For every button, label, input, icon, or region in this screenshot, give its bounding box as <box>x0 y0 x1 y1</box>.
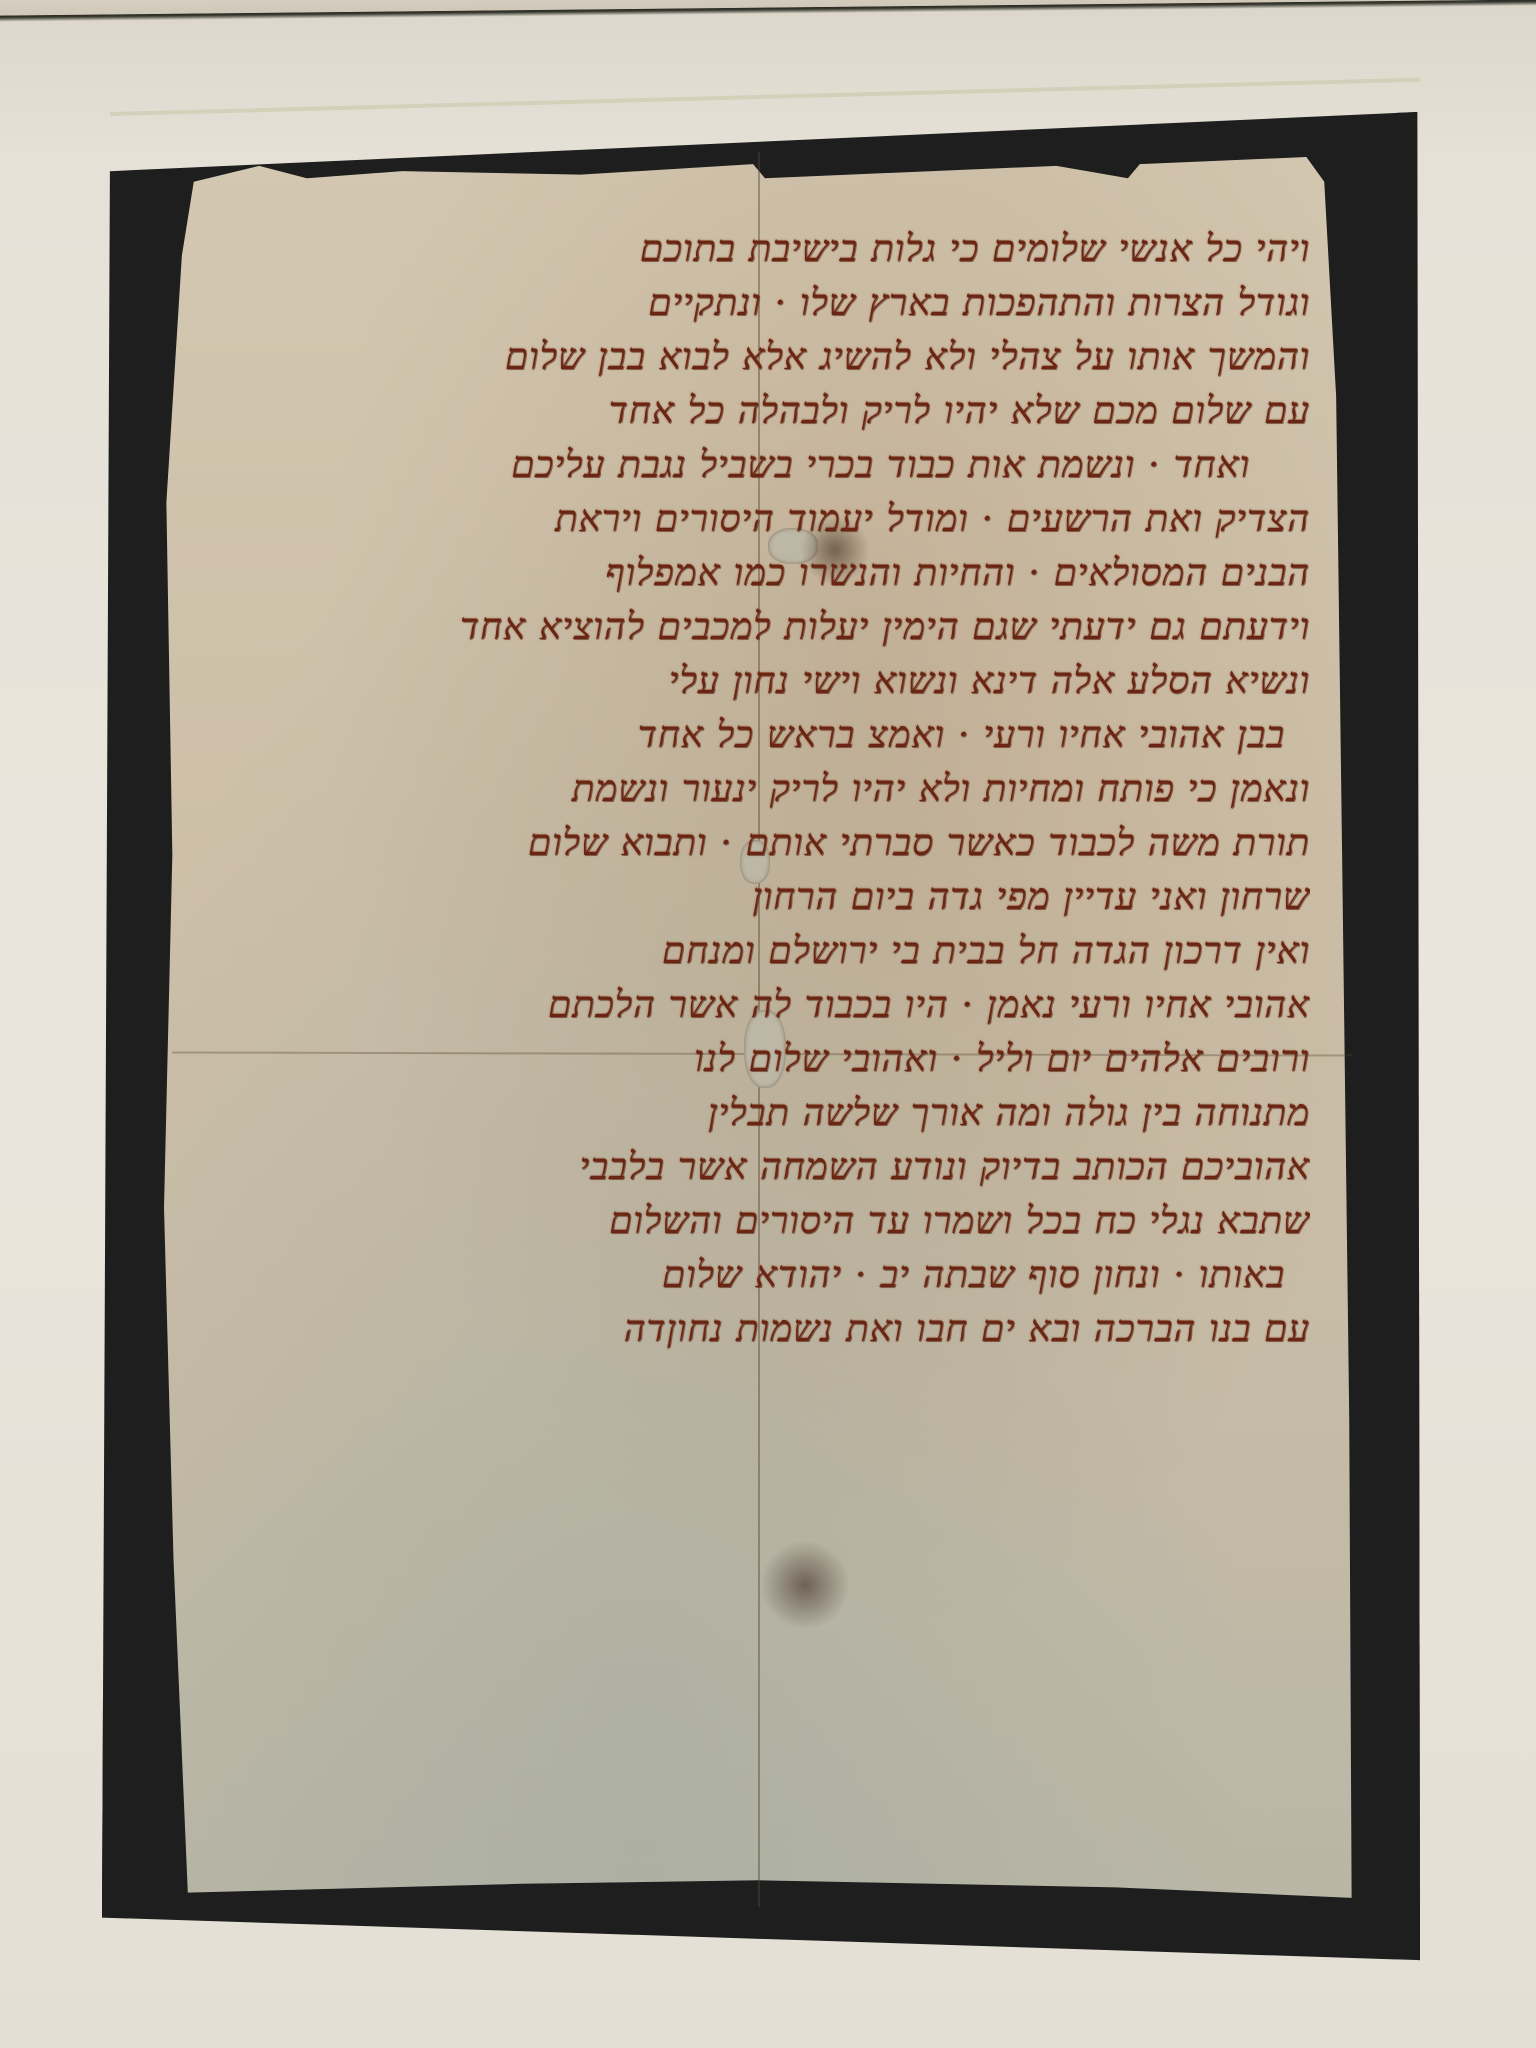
manuscript-line: וידעתם גם ידעתי שגם הימין יעלות למכבים ל… <box>195 600 1310 654</box>
manuscript-line: הבנים המסולאים · והחיות והנשרו כמו אמפלו… <box>195 546 1310 600</box>
manuscript-line: הצדיק ואת הרשעים · ומודל יעמוד היסורים ו… <box>195 492 1310 546</box>
manuscript-line: אהובי אחיו ורעי נאמן · היו בכבוד לה אשר … <box>195 978 1310 1032</box>
manuscript-line: ואחד · ונשמת אות כבוד בכרי בשביל נגבת על… <box>195 438 1310 492</box>
manuscript-line: אהוביכם הכותב בדיוק ונודע השמחה אשר בלבב… <box>195 1140 1310 1194</box>
handwritten-letter-text: ויהי כל אנשי שלומים כי גלות בישיבת בתוכם… <box>195 222 1310 1356</box>
manuscript-line: שתבא נגלי כח בכל ושמרו עד היסורים והשלום <box>195 1194 1310 1248</box>
manuscript-line: תורת משה לכבוד כאשר סברתי אותם · ותבוא ש… <box>195 816 1310 870</box>
manuscript-line: ואין דרכון הגדה חל בבית בי ירושלם ומנחם <box>195 924 1310 978</box>
manuscript-line: וגודל הצרות והתהפכות בארץ שלו · ונתקיים <box>195 276 1310 330</box>
manuscript-line: ויהי כל אנשי שלומים כי גלות בישיבת בתוכם <box>195 222 1310 276</box>
manuscript-line: בבן אהובי אחיו ורעי · ואמצ בראש כל אחד <box>195 708 1310 762</box>
shelf-edge <box>0 0 1536 22</box>
manuscript-line: ונאמן כי פותח ומחיות ולא יהיו לריק ינעור… <box>195 762 1310 816</box>
manuscript-line: באותו · ונחון סוף שבתה יב · יהודא שלום <box>195 1248 1310 1302</box>
manuscript-line: עם שלום מכם שלא יהיו לריק ולבהלה כל אחד <box>195 384 1310 438</box>
mount-edge <box>110 78 1420 116</box>
manuscript-line: והמשך אותו על צהלי ולא להשיג אלא לבוא בב… <box>195 330 1310 384</box>
manuscript-line: שרחון ואני עדיין מפי גדה ביום הרחון <box>195 870 1310 924</box>
ink-stain <box>760 1540 850 1630</box>
manuscript-line: עם בנו הברכה ובא ים חבו ואת נשמות נחוןדה <box>195 1302 1310 1356</box>
manuscript-line: ורובים אלהים יום וליל · ואהובי שלום לנו <box>195 1032 1310 1086</box>
manuscript-line: ונשיא הסלע אלה דינא ונשוא וישי נחון עלי <box>195 654 1310 708</box>
manuscript-line: מתנוחה בין גולה ומה אורך שלשה תבלין <box>195 1086 1310 1140</box>
